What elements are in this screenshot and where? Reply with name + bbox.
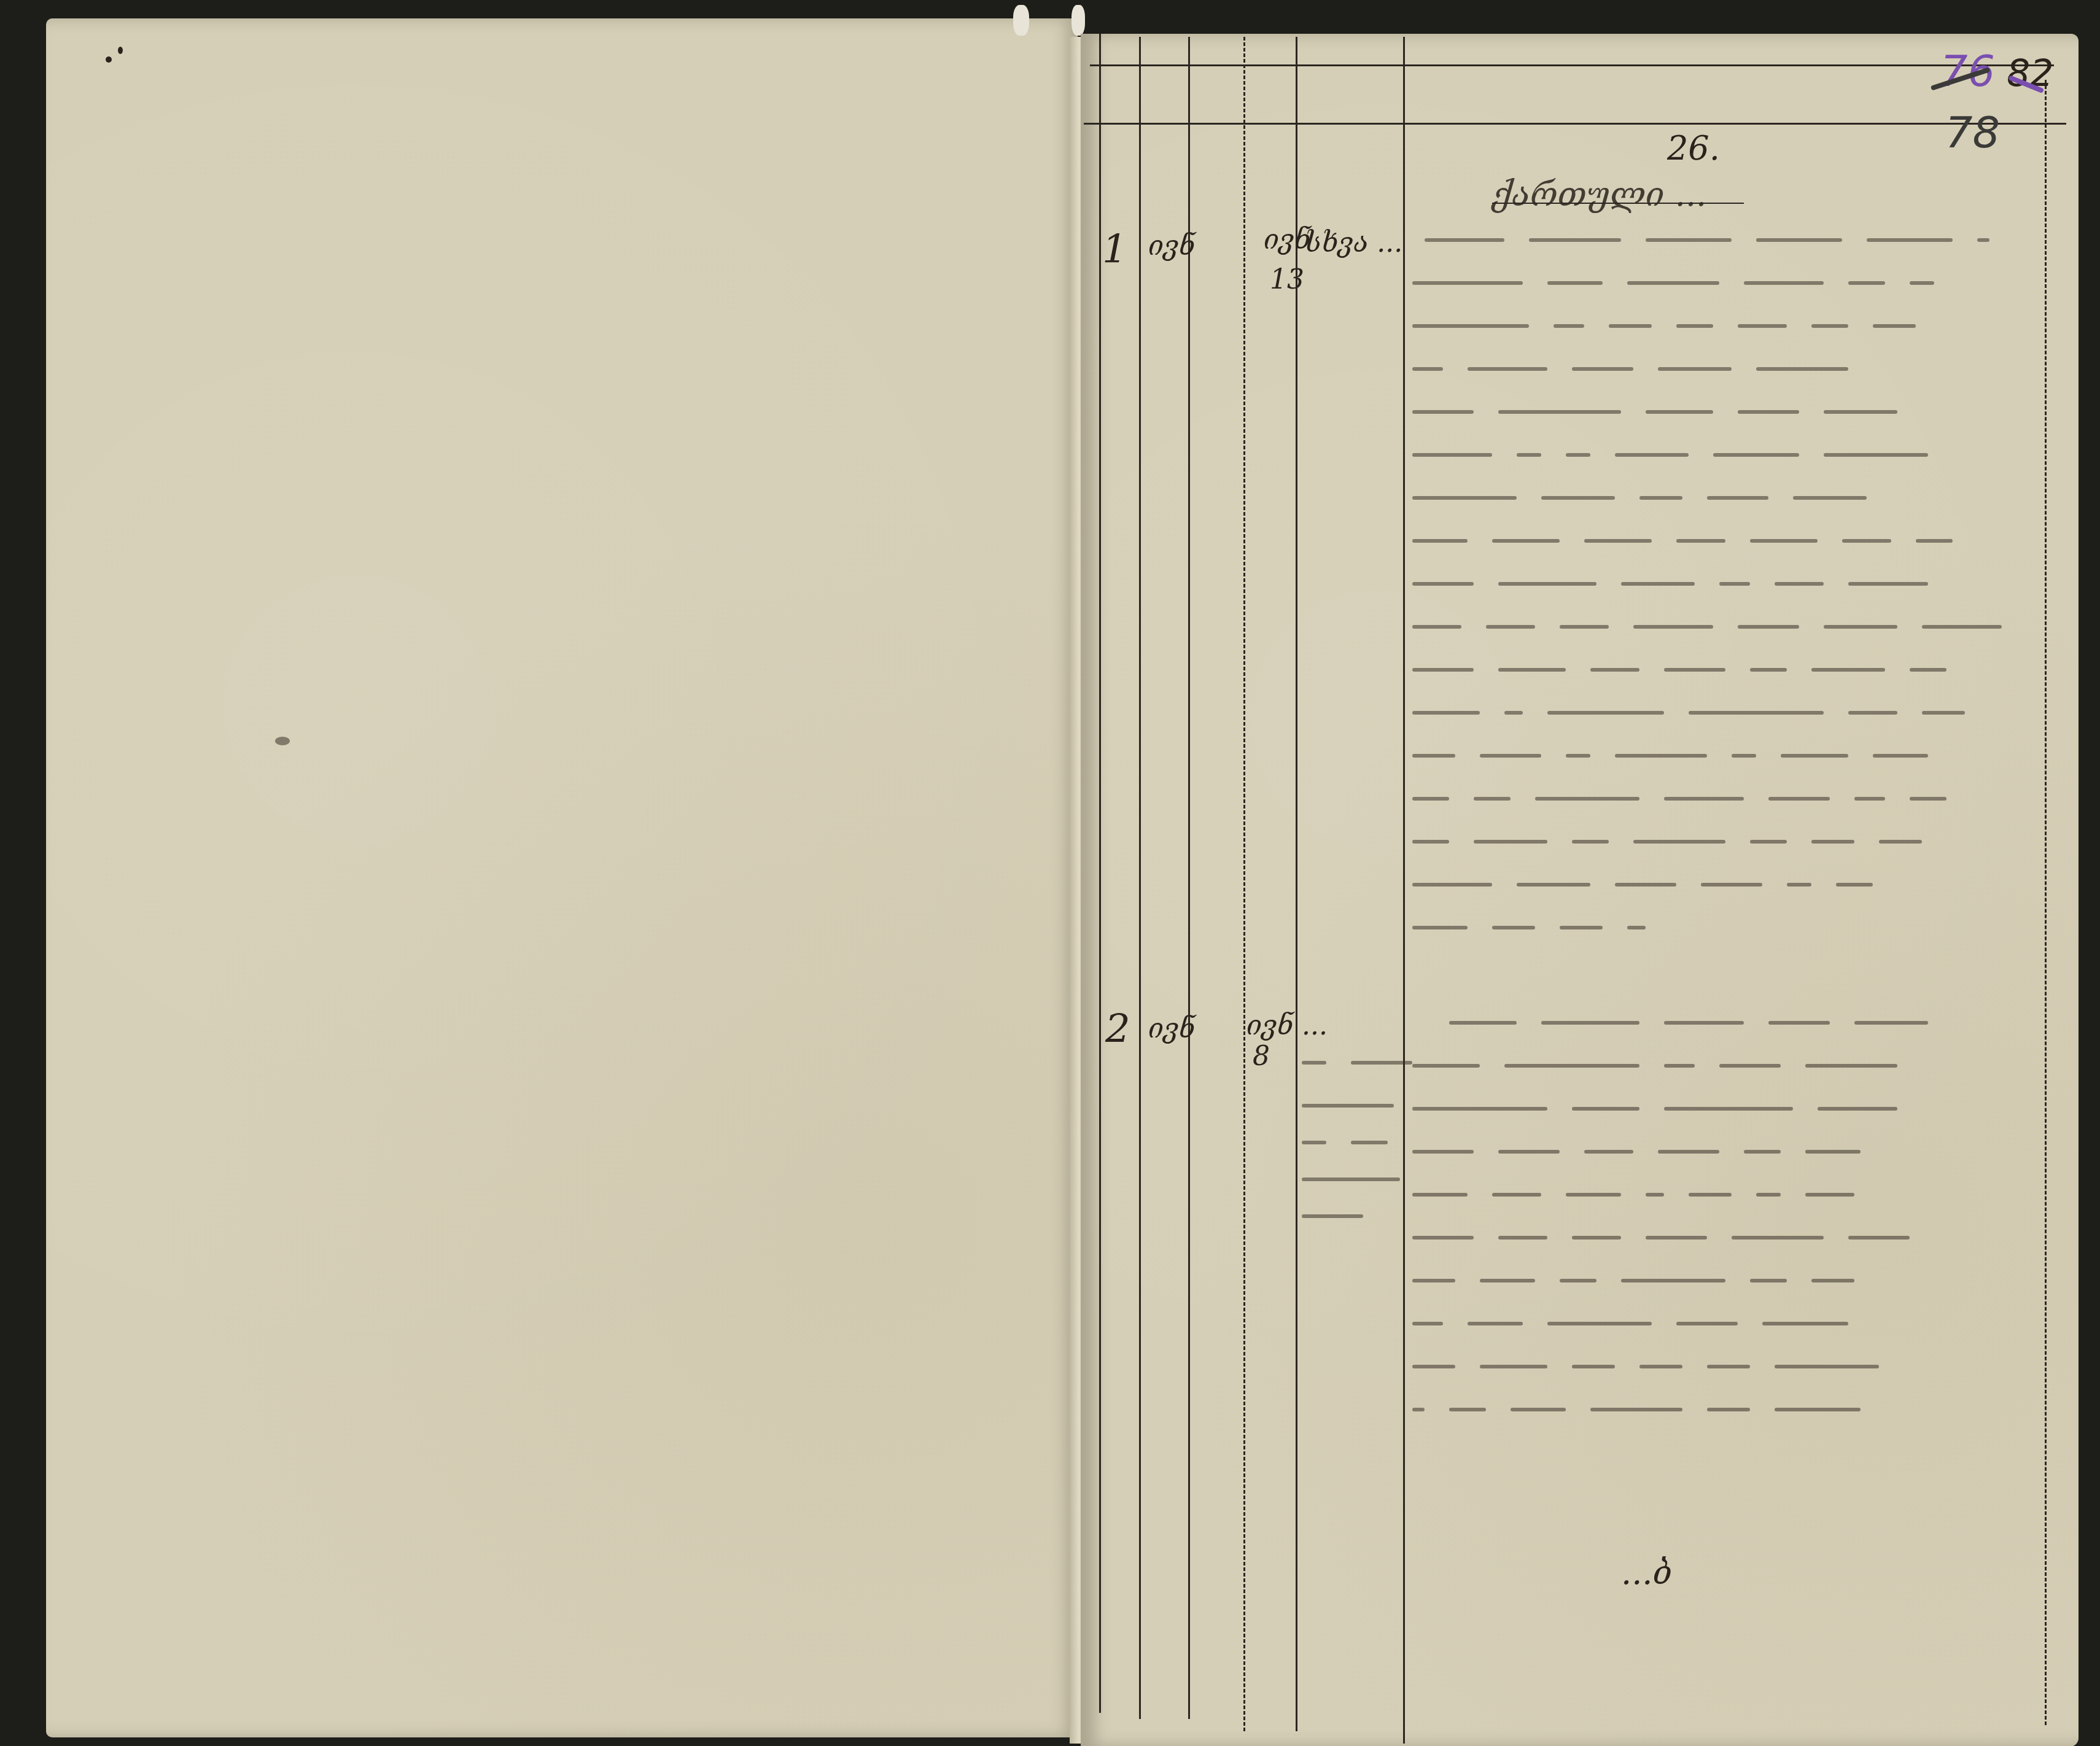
entry-date-month: ივნ (1264, 224, 1310, 255)
column-rule (1243, 37, 1245, 1731)
entry-number: 1 (1102, 227, 1127, 273)
entry-number: 2 (1105, 1007, 1130, 1052)
signature: ...ბ (1621, 1553, 1672, 1592)
entry-category: სხვა ... (1305, 227, 1402, 258)
column-rule-right (2045, 80, 2047, 1725)
column-rule (1188, 37, 1190, 1719)
entry-date-day: 8 (1253, 1041, 1270, 1072)
binding-thread (1071, 5, 1085, 36)
section-number: 26. (1667, 129, 1720, 168)
entry-category: ... (1302, 1010, 1328, 1041)
folio-number-current: 78 (1945, 107, 2000, 158)
section-heading: ქართული ... (1492, 175, 1706, 214)
entry-month: ივნ (1148, 230, 1195, 262)
header-rule-bottom (1084, 123, 2066, 125)
header-rule-top (1090, 64, 2054, 66)
column-rule (1139, 37, 1141, 1719)
column-rule (1099, 34, 1101, 1713)
heading-underline (1492, 203, 1744, 204)
left-page-blank (46, 18, 1078, 1737)
entry-month: ივნ (1148, 1013, 1195, 1044)
ink-speck (275, 737, 290, 745)
entry-date-month: ივნ (1246, 1010, 1293, 1041)
entry-date-day: 13 (1270, 264, 1304, 295)
column-rule (1403, 37, 1405, 1744)
ink-speck (118, 47, 123, 54)
binding-thread (1013, 5, 1029, 36)
ink-speck (106, 56, 112, 63)
